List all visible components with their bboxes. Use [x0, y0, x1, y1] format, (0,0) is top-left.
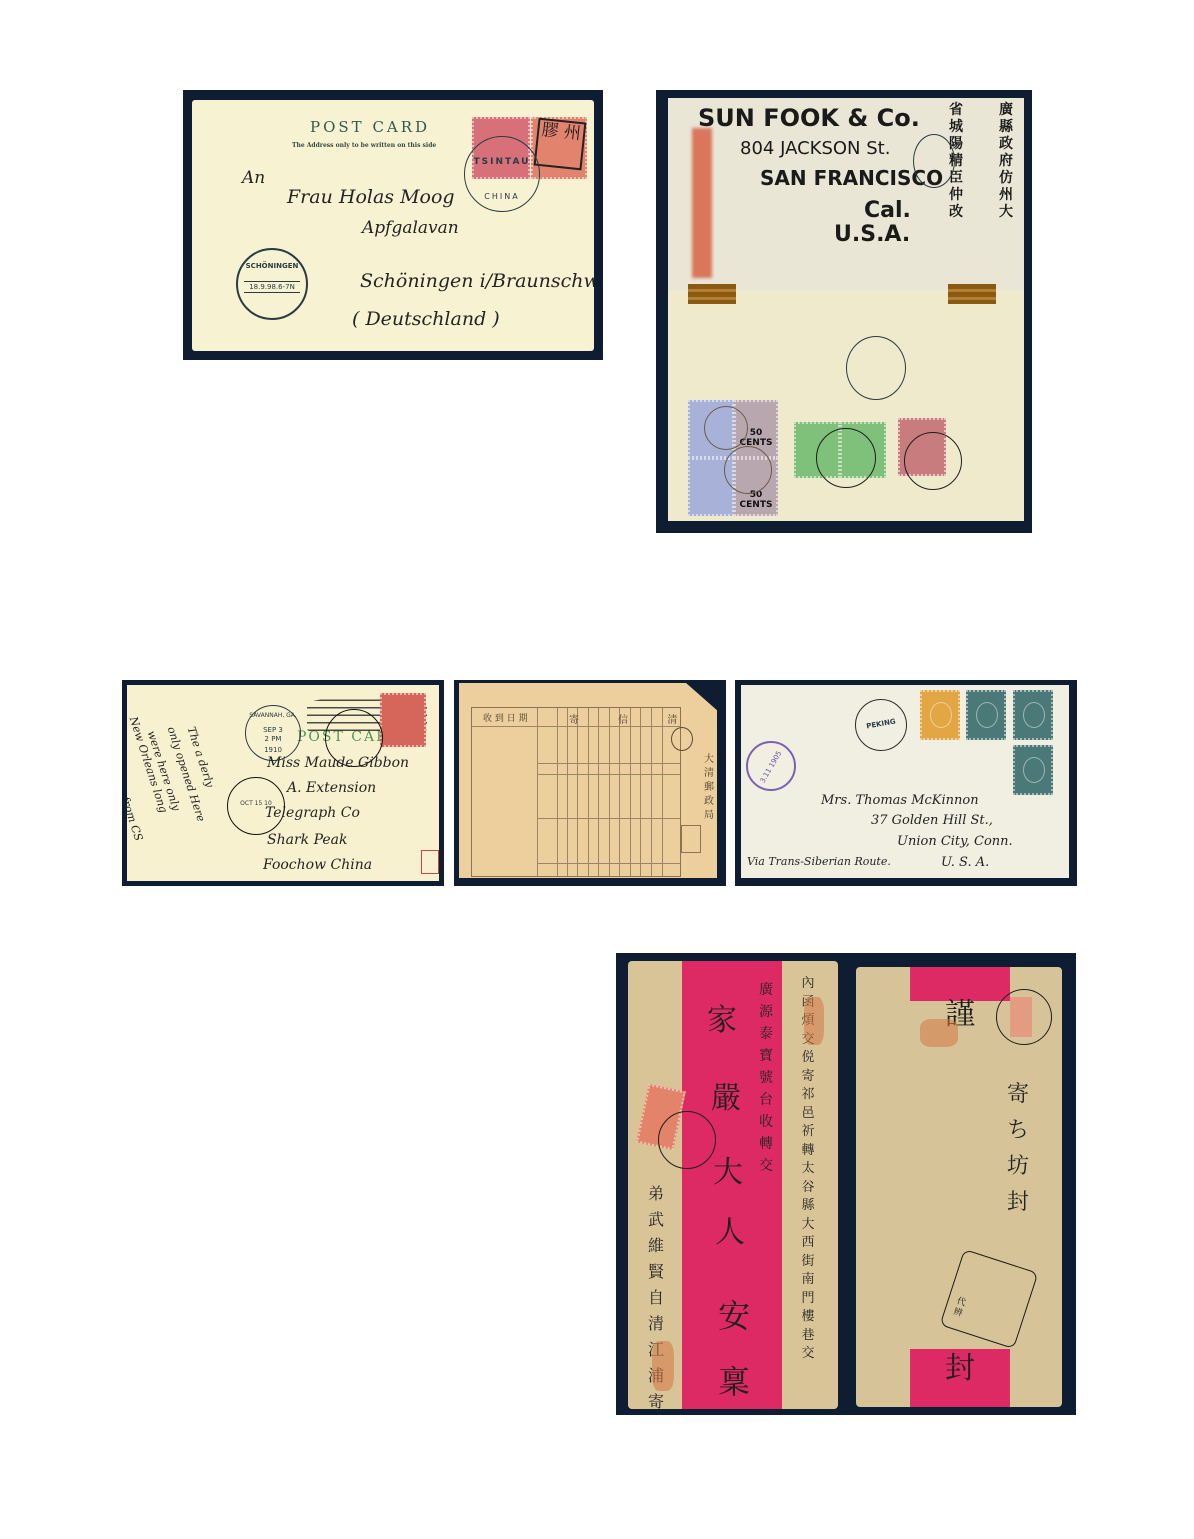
postmark-text: CHINA [465, 192, 539, 201]
address-line: Miss Maude Gibbon [267, 755, 409, 771]
postmark-text: PEKING [856, 716, 907, 733]
postmark-schoeningen: SCHÖNINGEN 18.9.98.6-7N [236, 248, 308, 320]
seal-char: 封 [940, 1343, 980, 1387]
form-right-column: 大清郵政局 [704, 753, 716, 823]
vertical-text: 寄 ち 坊 封 [1006, 1077, 1030, 1221]
band-small-text: 廣源泰寶號台收轉交 [756, 979, 776, 1177]
red-seal [804, 997, 824, 1045]
postmark-form [671, 727, 693, 751]
postcard-surface: POST CARD The Address only to be written… [192, 100, 594, 351]
postmark-violet: 3.11 1905 [746, 741, 796, 791]
postcard-title: POST CARD [310, 118, 430, 136]
postmark-peking: PEKING [855, 699, 907, 751]
postmark-tsingtau: TSINTAU CHINA [464, 136, 540, 212]
box-chop: 代 辨 [940, 1249, 1039, 1349]
cover-lower: 50 CENTS 50 CENTS [668, 290, 1024, 521]
address-line: 804 JACKSON St. [740, 138, 890, 159]
form-table [471, 707, 681, 877]
address-line: Cal. [864, 198, 911, 223]
photo-cover-san-francisco: SUN FOOK & Co. 804 JACKSON St. SAN FRANC… [656, 90, 1032, 533]
band-char: 嚴 [706, 1073, 746, 1117]
address-line: An [242, 168, 265, 188]
band-char: 稟 [714, 1357, 754, 1403]
photo-registration-form: 收 到 日 期 寄 信 清 單 大清郵政局 [454, 680, 726, 886]
postmark-date: SEP 3 [246, 726, 300, 734]
cover-surface: SUN FOOK & Co. 804 JACKSON St. SAN FRANC… [668, 98, 1024, 521]
cover-back: 謹 封 寄 ち 坊 封 代 辨 [856, 967, 1062, 1407]
stamp-us-red [380, 693, 426, 747]
postmark-canton [913, 134, 955, 188]
form-header: 寄 信 清 單 [569, 711, 717, 726]
red-seal [652, 1341, 674, 1391]
postmark-san-francisco [846, 336, 906, 400]
cover-flap: SUN FOOK & Co. 804 JACKSON St. SAN FRANC… [668, 98, 1024, 291]
postmark-time: 2 PM [246, 735, 300, 743]
stamp-china-green [1013, 745, 1053, 795]
box-chop-text: 代 辨 [952, 1296, 968, 1320]
address-line: Foochow China [263, 857, 372, 873]
form-left-header: 收 到 日 期 [483, 711, 528, 724]
photo-cover-union-city: PEKING 3.11 1905 Mrs. Thomas McKinnon 37… [735, 680, 1077, 886]
address-line: ( Deutschland ) [352, 308, 500, 330]
postmark-date: 18.9.98.6-7N [244, 281, 300, 293]
stamp-china-fragment [1010, 997, 1032, 1037]
postcard-subtitle: The Address only to be written on this s… [292, 142, 436, 149]
address-line: Union City, Conn. [897, 834, 1013, 849]
address-line: Telegraph Co [265, 805, 360, 821]
red-seal-chop [421, 850, 439, 874]
postmark-canton [904, 432, 962, 490]
postmark-canton [816, 428, 876, 488]
route-note: Via Trans-Siberian Route. [747, 855, 891, 868]
photo-red-band-covers: 廣源泰寶號台收轉交 家 嚴 大 人 安 稟 內函煩交侻寄祁邑祈轉太谷縣大西街南門… [616, 953, 1076, 1415]
address-line: 37 Golden Hill St., [871, 813, 993, 828]
address-line: Schöningen i/Braunschw [360, 270, 594, 292]
postmark-hong-kong [704, 406, 748, 450]
photo-postcard-foochow: POST CARD SAVANNAH, GA. SEP 3 2 PM 1910 … [122, 680, 444, 886]
stamp-china-green [966, 690, 1006, 740]
postmark-year: 1910 [246, 746, 300, 754]
band-char: 家 [702, 995, 742, 1039]
postmark-chinese [658, 1111, 716, 1169]
address-line: SUN FOOK & Co. [698, 104, 920, 132]
band-char: 大 [708, 1147, 748, 1191]
seal-tape [948, 284, 996, 304]
red-seal-strip [692, 128, 712, 278]
form-box [681, 825, 701, 853]
stamp-china-green [1013, 690, 1053, 740]
postmark-hong-kong [724, 446, 772, 494]
postmark-text: SAVANNAH, GA. [246, 712, 300, 719]
address-line: U.S.A. [834, 222, 910, 247]
postmark-text: SCHÖNINGEN [238, 262, 306, 270]
address-line: Frau Holas Moog [287, 186, 455, 208]
postmark-savannah: SAVANNAH, GA. SEP 3 2 PM 1910 [245, 705, 301, 761]
postcard-surface: POST CARD SAVANNAH, GA. SEP 3 2 PM 1910 … [127, 685, 439, 881]
postmark-text: TSINTAU [465, 157, 539, 167]
address-line: Shark Peak [267, 832, 348, 848]
address-line: Mrs. Thomas McKinnon [821, 793, 979, 808]
address-line: Apfgalavan [362, 218, 459, 238]
address-line: A. Extension [287, 780, 376, 796]
band-char: 安 [714, 1291, 754, 1337]
message-line: from CS [127, 795, 145, 843]
red-seal [920, 1019, 958, 1047]
chinese-column: 廣縣政府仿州大 [998, 102, 1014, 221]
chop-overprint: 膠 州 [534, 118, 587, 171]
postmark-text: 3.11 1905 [756, 745, 786, 789]
band-char: 人 [710, 1207, 750, 1251]
cover-surface: PEKING 3.11 1905 Mrs. Thomas McKinnon 37… [741, 685, 1069, 878]
form-surface: 收 到 日 期 寄 信 清 單 大清郵政局 [459, 683, 717, 878]
address-line: U. S. A. [941, 855, 989, 870]
photo-postcard-tsingtau: POST CARD The Address only to be written… [183, 90, 603, 360]
stamp-china-yellow [920, 690, 960, 740]
seal-tape [688, 284, 736, 304]
cover-front: 廣源泰寶號台收轉交 家 嚴 大 人 安 稟 內函煩交侻寄祁邑祈轉太谷縣大西街南門… [628, 961, 838, 1409]
